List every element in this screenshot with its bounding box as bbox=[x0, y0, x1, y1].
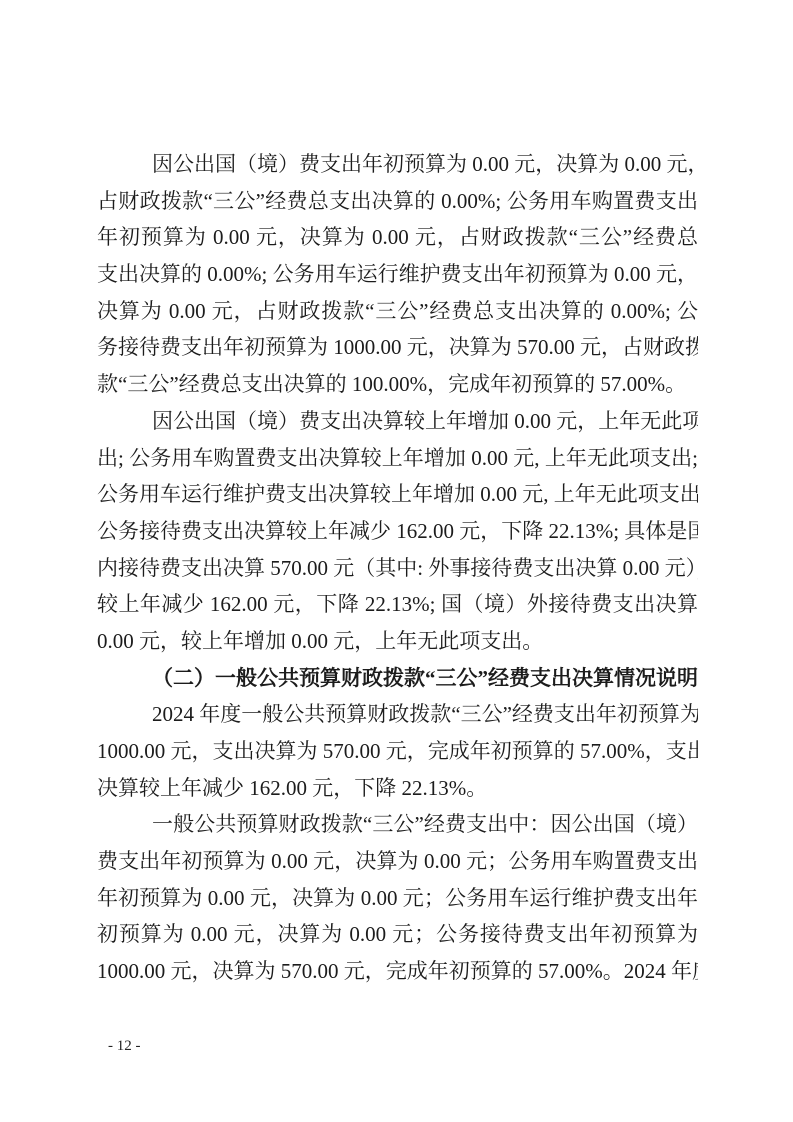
text-line: 2024 年度一般公共预算财政拨款“三公”经费支出年初预算为 bbox=[97, 696, 698, 733]
document-page: 因公出国（境）费支出年初预算为 0.00 元，决算为 0.00 元， 占财政拨款… bbox=[0, 0, 793, 1122]
text-line: 1000.00 元，支出决算为 570.00 元，完成年初预算的 57.00%，… bbox=[97, 733, 698, 770]
text-line: 决算较上年减少 162.00 元，下降 22.13%。 bbox=[97, 770, 698, 807]
text-line: 公务接待费支出决算较上年减少 162.00 元，下降 22.13%; 具体是国 bbox=[97, 513, 698, 550]
paragraph-year-over-year-change: 因公出国（境）费支出决算较上年增加 0.00 元，上年无此项支 出; 公务用车购… bbox=[97, 403, 698, 660]
text-line: 初预算为 0.00 元，决算为 0.00 元；公务接待费支出年初预算为 bbox=[97, 916, 698, 953]
text-line: 内接待费支出决算 570.00 元（其中: 外事接待费支出决算 0.00 元）， bbox=[97, 550, 698, 587]
document-body: 因公出国（境）费支出年初预算为 0.00 元，决算为 0.00 元， 占财政拨款… bbox=[97, 146, 698, 990]
text-line: 年初预算为 0.00 元，决算为 0.00 元；公务用车运行维护费支出年 bbox=[97, 880, 698, 917]
paragraph-three-public-budget-vs-final: 因公出国（境）费支出年初预算为 0.00 元，决算为 0.00 元， 占财政拨款… bbox=[97, 146, 698, 403]
text-line: 公务用车运行维护费支出决算较上年增加 0.00 元, 上年无此项支出; bbox=[97, 476, 698, 513]
text-line: 占财政拨款“三公”经费总支出决算的 0.00%; 公务用车购置费支出 bbox=[97, 183, 698, 220]
text-line: 款“三公”经费总支出决算的 100.00%，完成年初预算的 57.00%。 bbox=[97, 366, 698, 403]
text-line: 一般公共预算财政拨款“三公”经费支出中：因公出国（境） bbox=[97, 806, 698, 843]
text-line: 较上年减少 162.00 元，下降 22.13%; 国（境）外接待费支出决算 bbox=[97, 586, 698, 623]
text-line: 0.00 元，较上年增加 0.00 元，上年无此项支出。 bbox=[97, 623, 698, 660]
paragraph-general-budget-breakdown: 一般公共预算财政拨款“三公”经费支出中：因公出国（境） 费支出年初预算为 0.0… bbox=[97, 806, 698, 989]
text-line: 决算为 0.00 元，占财政拨款“三公”经费总支出决算的 0.00%; 公 bbox=[97, 293, 698, 330]
section-heading: （二）一般公共预算财政拨款“三公”经费支出决算情况说明 bbox=[97, 660, 698, 697]
text-line: 因公出国（境）费支出年初预算为 0.00 元，决算为 0.00 元， bbox=[97, 146, 698, 183]
page-number: - 12 - bbox=[108, 1036, 141, 1056]
text-line: 1000.00 元，决算为 570.00 元，完成年初预算的 57.00%。20… bbox=[97, 953, 698, 990]
text-line: 费支出年初预算为 0.00 元，决算为 0.00 元；公务用车购置费支出 bbox=[97, 843, 698, 880]
text-line: 出; 公务用车购置费支出决算较上年增加 0.00 元, 上年无此项支出; bbox=[97, 440, 698, 477]
text-line: 因公出国（境）费支出决算较上年增加 0.00 元，上年无此项支 bbox=[97, 403, 698, 440]
paragraph-general-budget-summary: 2024 年度一般公共预算财政拨款“三公”经费支出年初预算为 1000.00 元… bbox=[97, 696, 698, 806]
text-line: 务接待费支出年初预算为 1000.00 元，决算为 570.00 元，占财政拨 bbox=[97, 329, 698, 366]
text-line: 支出决算的 0.00%; 公务用车运行维护费支出年初预算为 0.00 元， bbox=[97, 256, 698, 293]
text-line: 年初预算为 0.00 元，决算为 0.00 元，占财政拨款“三公”经费总 bbox=[97, 219, 698, 256]
